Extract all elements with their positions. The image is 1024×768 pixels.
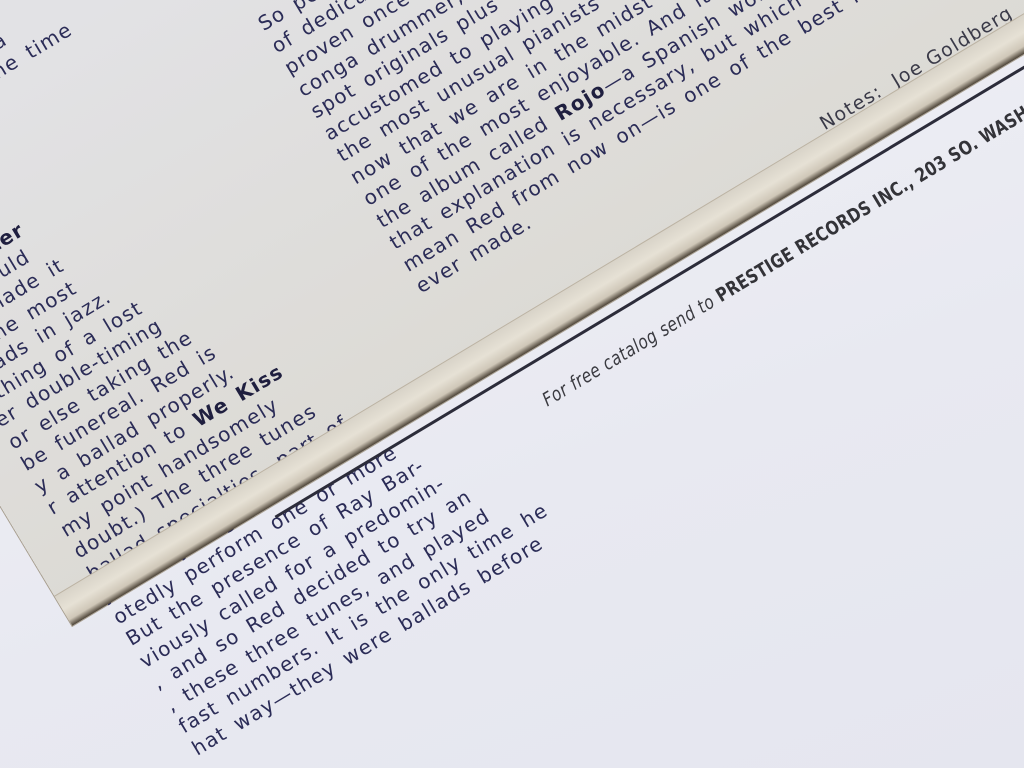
record-sleeve: Fran ntleman g of Mr. V fan asked, "slo …	[0, 0, 1024, 626]
liner-notes-page: Fran ntleman g of Mr. V fan asked, "slo …	[0, 0, 1024, 626]
photo-scene: Fran ntleman g of Mr. V fan asked, "slo …	[0, 0, 1024, 768]
text-line: slow and sweet a	[0, 27, 11, 153]
